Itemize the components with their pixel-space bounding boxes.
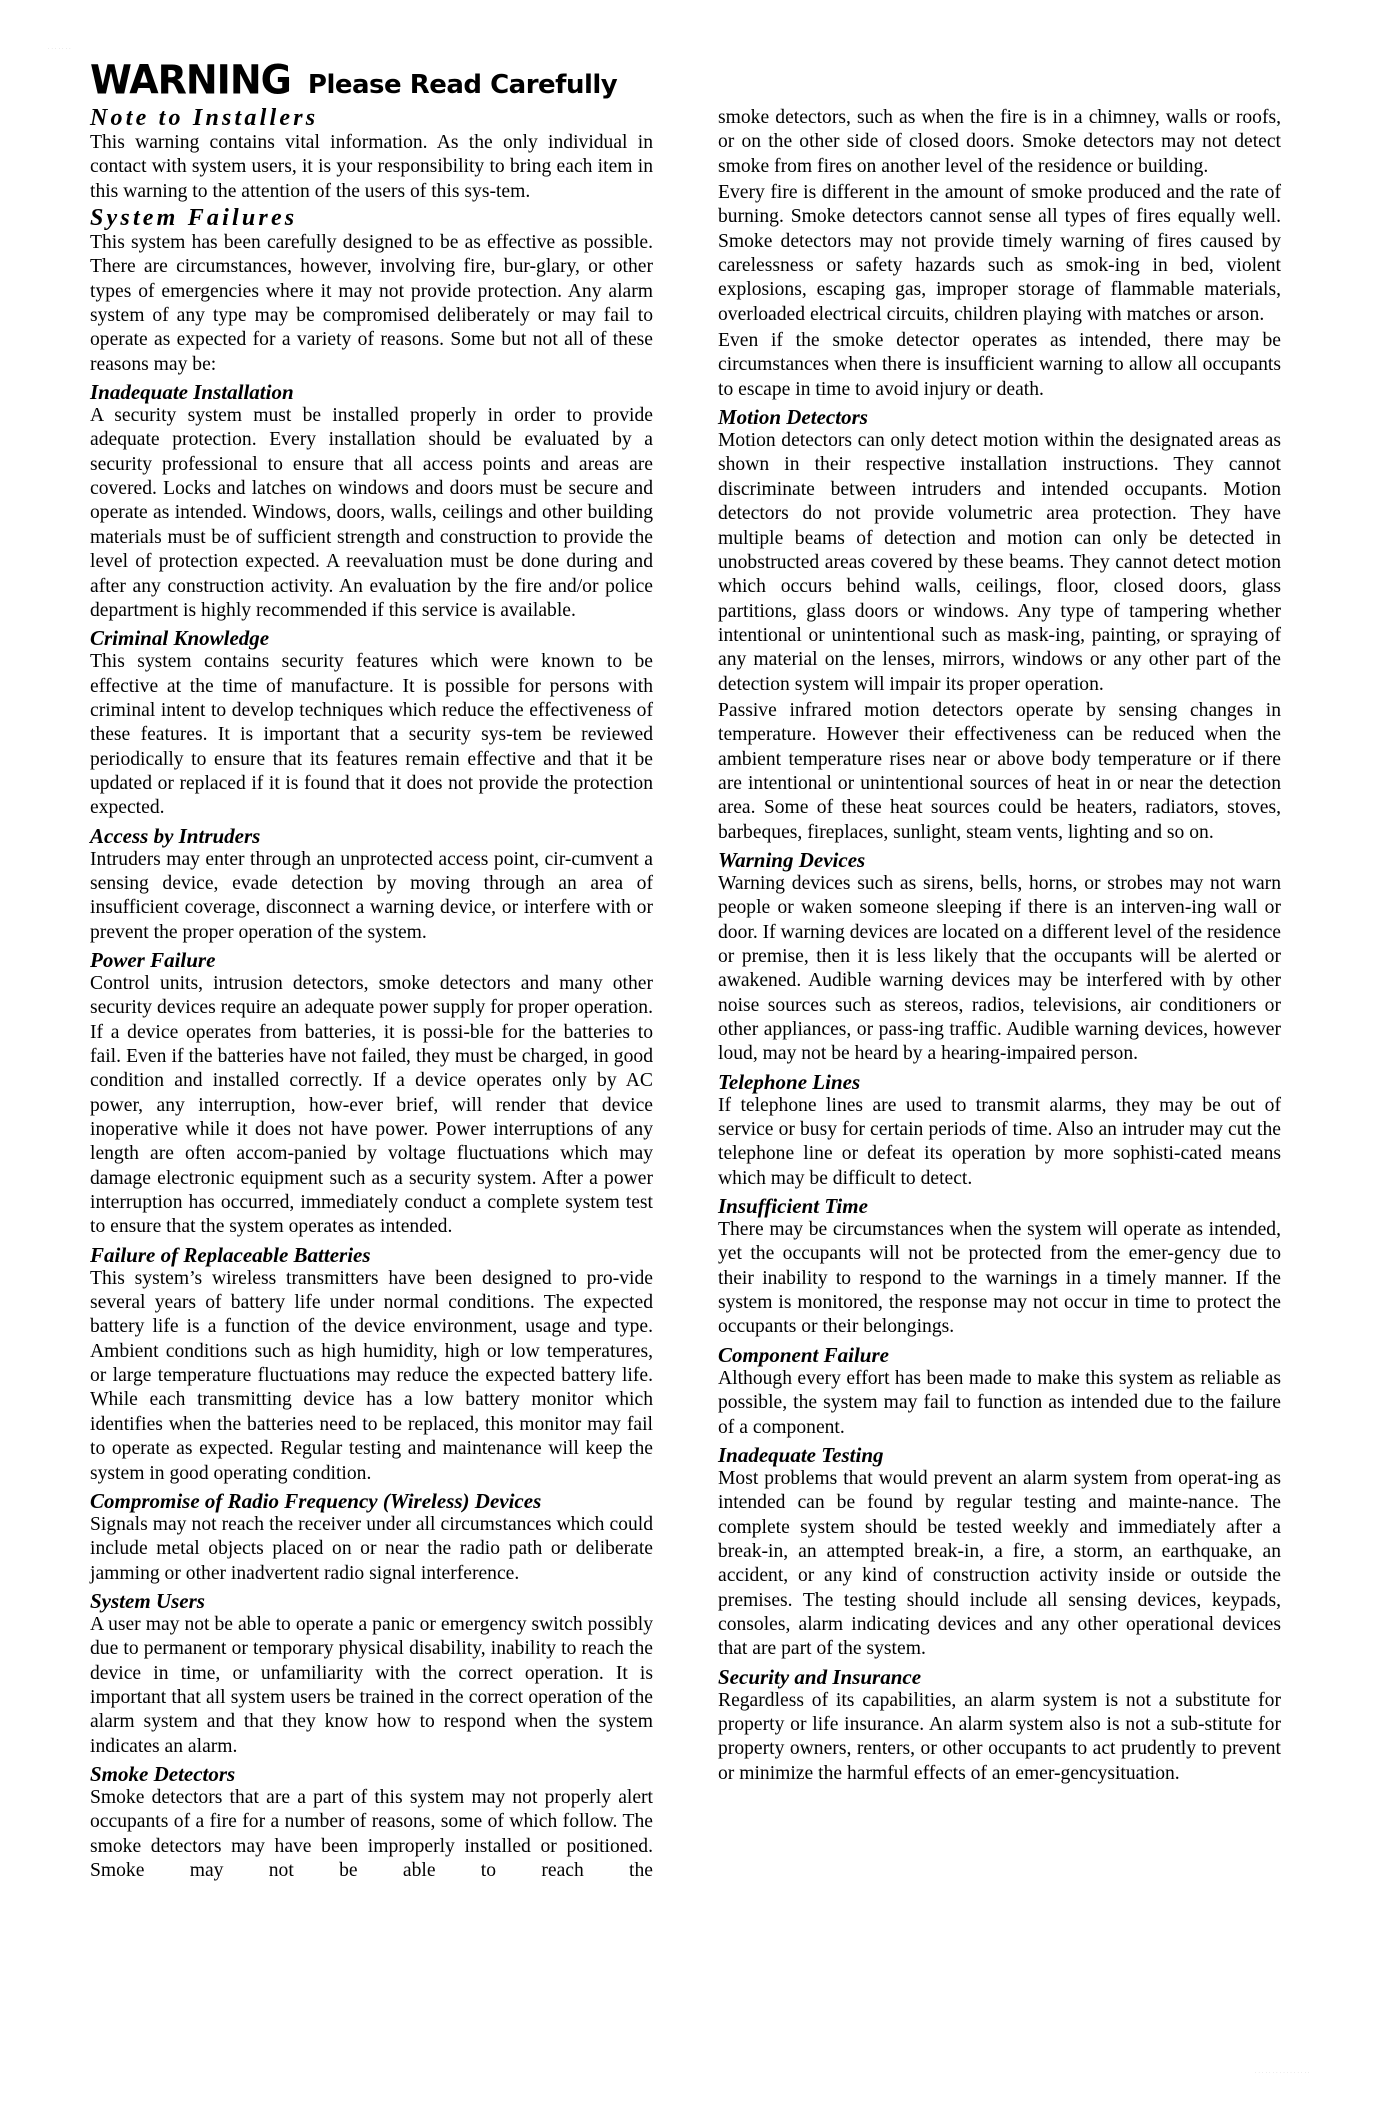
section-heading: Telephone Lines	[718, 1071, 1281, 1093]
right-column: smoke detectors, such as when the fire i…	[718, 106, 1281, 1788]
section-heading: Failure of Replaceable Batteries	[90, 1244, 653, 1266]
section-smoke-detectors-continued: smoke detectors, such as when the fire i…	[718, 106, 1281, 402]
section-paragraph: There may be circumstances when the syst…	[718, 1218, 1281, 1340]
section-paragraph: Smoke detectors that are a part of this …	[90, 1786, 653, 1883]
faint-header-mark: · · · · · · ·	[48, 46, 71, 51]
section-power-failure: Power Failure Control units, intrusion d…	[90, 949, 653, 1240]
section-paragraph: A user may not be able to operate a pani…	[90, 1613, 653, 1759]
faint-footer-mark: · · · · · · · · · · · · · · · ·	[1255, 2070, 1310, 2075]
section-paragraph: Passive infrared motion detectors operat…	[718, 699, 1281, 845]
section-note-to-installers: Note to Installers This warning contains…	[90, 106, 653, 204]
section-paragraph: This system has been carefully designed …	[90, 231, 653, 377]
section-motion-detectors: Motion Detectors Motion detectors can on…	[718, 406, 1281, 845]
section-paragraph: Motion detectors can only detect motion …	[718, 429, 1281, 697]
section-paragraph: This warning contains vital information.…	[90, 131, 653, 204]
section-paragraph: This system contains security features w…	[90, 650, 653, 820]
section-inadequate-testing: Inadequate Testing Most problems that wo…	[718, 1444, 1281, 1662]
section-paragraph: Control units, intrusion detectors, smok…	[90, 972, 653, 1240]
section-paragraph: Even if the smoke detector operates as i…	[718, 329, 1281, 402]
section-paragraph: A security system must be installed prop…	[90, 404, 653, 623]
section-access-by-intruders: Access by Intruders Intruders may enter …	[90, 825, 653, 945]
section-heading: System Users	[90, 1590, 653, 1612]
section-paragraph: Signals may not reach the receiver under…	[90, 1513, 653, 1586]
section-component-failure: Component Failure Although every effort …	[718, 1344, 1281, 1440]
section-heading: Warning Devices	[718, 849, 1281, 871]
section-compromise-of-rf-devices: Compromise of Radio Frequency (Wireless)…	[90, 1490, 653, 1586]
section-criminal-knowledge: Criminal Knowledge This system contains …	[90, 627, 653, 820]
section-failure-of-replaceable-batteries: Failure of Replaceable Batteries This sy…	[90, 1244, 653, 1486]
section-heading: Smoke Detectors	[90, 1763, 653, 1785]
section-heading: Criminal Knowledge	[90, 627, 653, 649]
section-telephone-lines: Telephone Lines If telephone lines are u…	[718, 1071, 1281, 1191]
page-title: WARNING	[90, 57, 291, 103]
left-column: Note to Installers This warning contains…	[90, 106, 653, 1885]
section-warning-devices: Warning Devices Warning devices such as …	[718, 849, 1281, 1067]
section-heading: Inadequate Testing	[718, 1444, 1281, 1466]
section-insufficient-time: Insufficient Time There may be circumsta…	[718, 1195, 1281, 1340]
section-paragraph: Although every effort has been made to m…	[718, 1367, 1281, 1440]
section-heading: Motion Detectors	[718, 406, 1281, 428]
section-smoke-detectors: Smoke Detectors Smoke detectors that are…	[90, 1763, 653, 1883]
section-system-users: System Users A user may not be able to o…	[90, 1590, 653, 1759]
section-paragraph: smoke detectors, such as when the fire i…	[718, 106, 1281, 179]
page-subtitle: Please Read Carefully	[308, 70, 617, 100]
section-paragraph: Most problems that would prevent an alar…	[718, 1467, 1281, 1662]
section-system-failures: System Failures This system has been car…	[90, 206, 653, 377]
section-heading: Note to Installers	[90, 106, 653, 130]
page-header: WARNING Please Read Carefully	[90, 58, 617, 102]
section-paragraph: Intruders may enter through an unprotect…	[90, 848, 653, 945]
section-heading: Insufficient Time	[718, 1195, 1281, 1217]
section-paragraph: If telephone lines are used to transmit …	[718, 1094, 1281, 1191]
section-heading: Component Failure	[718, 1344, 1281, 1366]
section-paragraph: Every fire is different in the amount of…	[718, 181, 1281, 327]
section-security-and-insurance: Security and Insurance Regardless of its…	[718, 1666, 1281, 1786]
section-heading: Compromise of Radio Frequency (Wireless)…	[90, 1490, 653, 1512]
section-paragraph: Regardless of its capabilities, an alarm…	[718, 1689, 1281, 1786]
section-heading: Security and Insurance	[718, 1666, 1281, 1688]
section-paragraph: This system’s wireless transmitters have…	[90, 1267, 653, 1486]
section-heading: Inadequate Installation	[90, 381, 653, 403]
section-heading: System Failures	[90, 206, 653, 230]
section-heading: Access by Intruders	[90, 825, 653, 847]
section-inadequate-installation: Inadequate Installation A security syste…	[90, 381, 653, 623]
section-heading: Power Failure	[90, 949, 653, 971]
section-paragraph: Warning devices such as sirens, bells, h…	[718, 872, 1281, 1067]
